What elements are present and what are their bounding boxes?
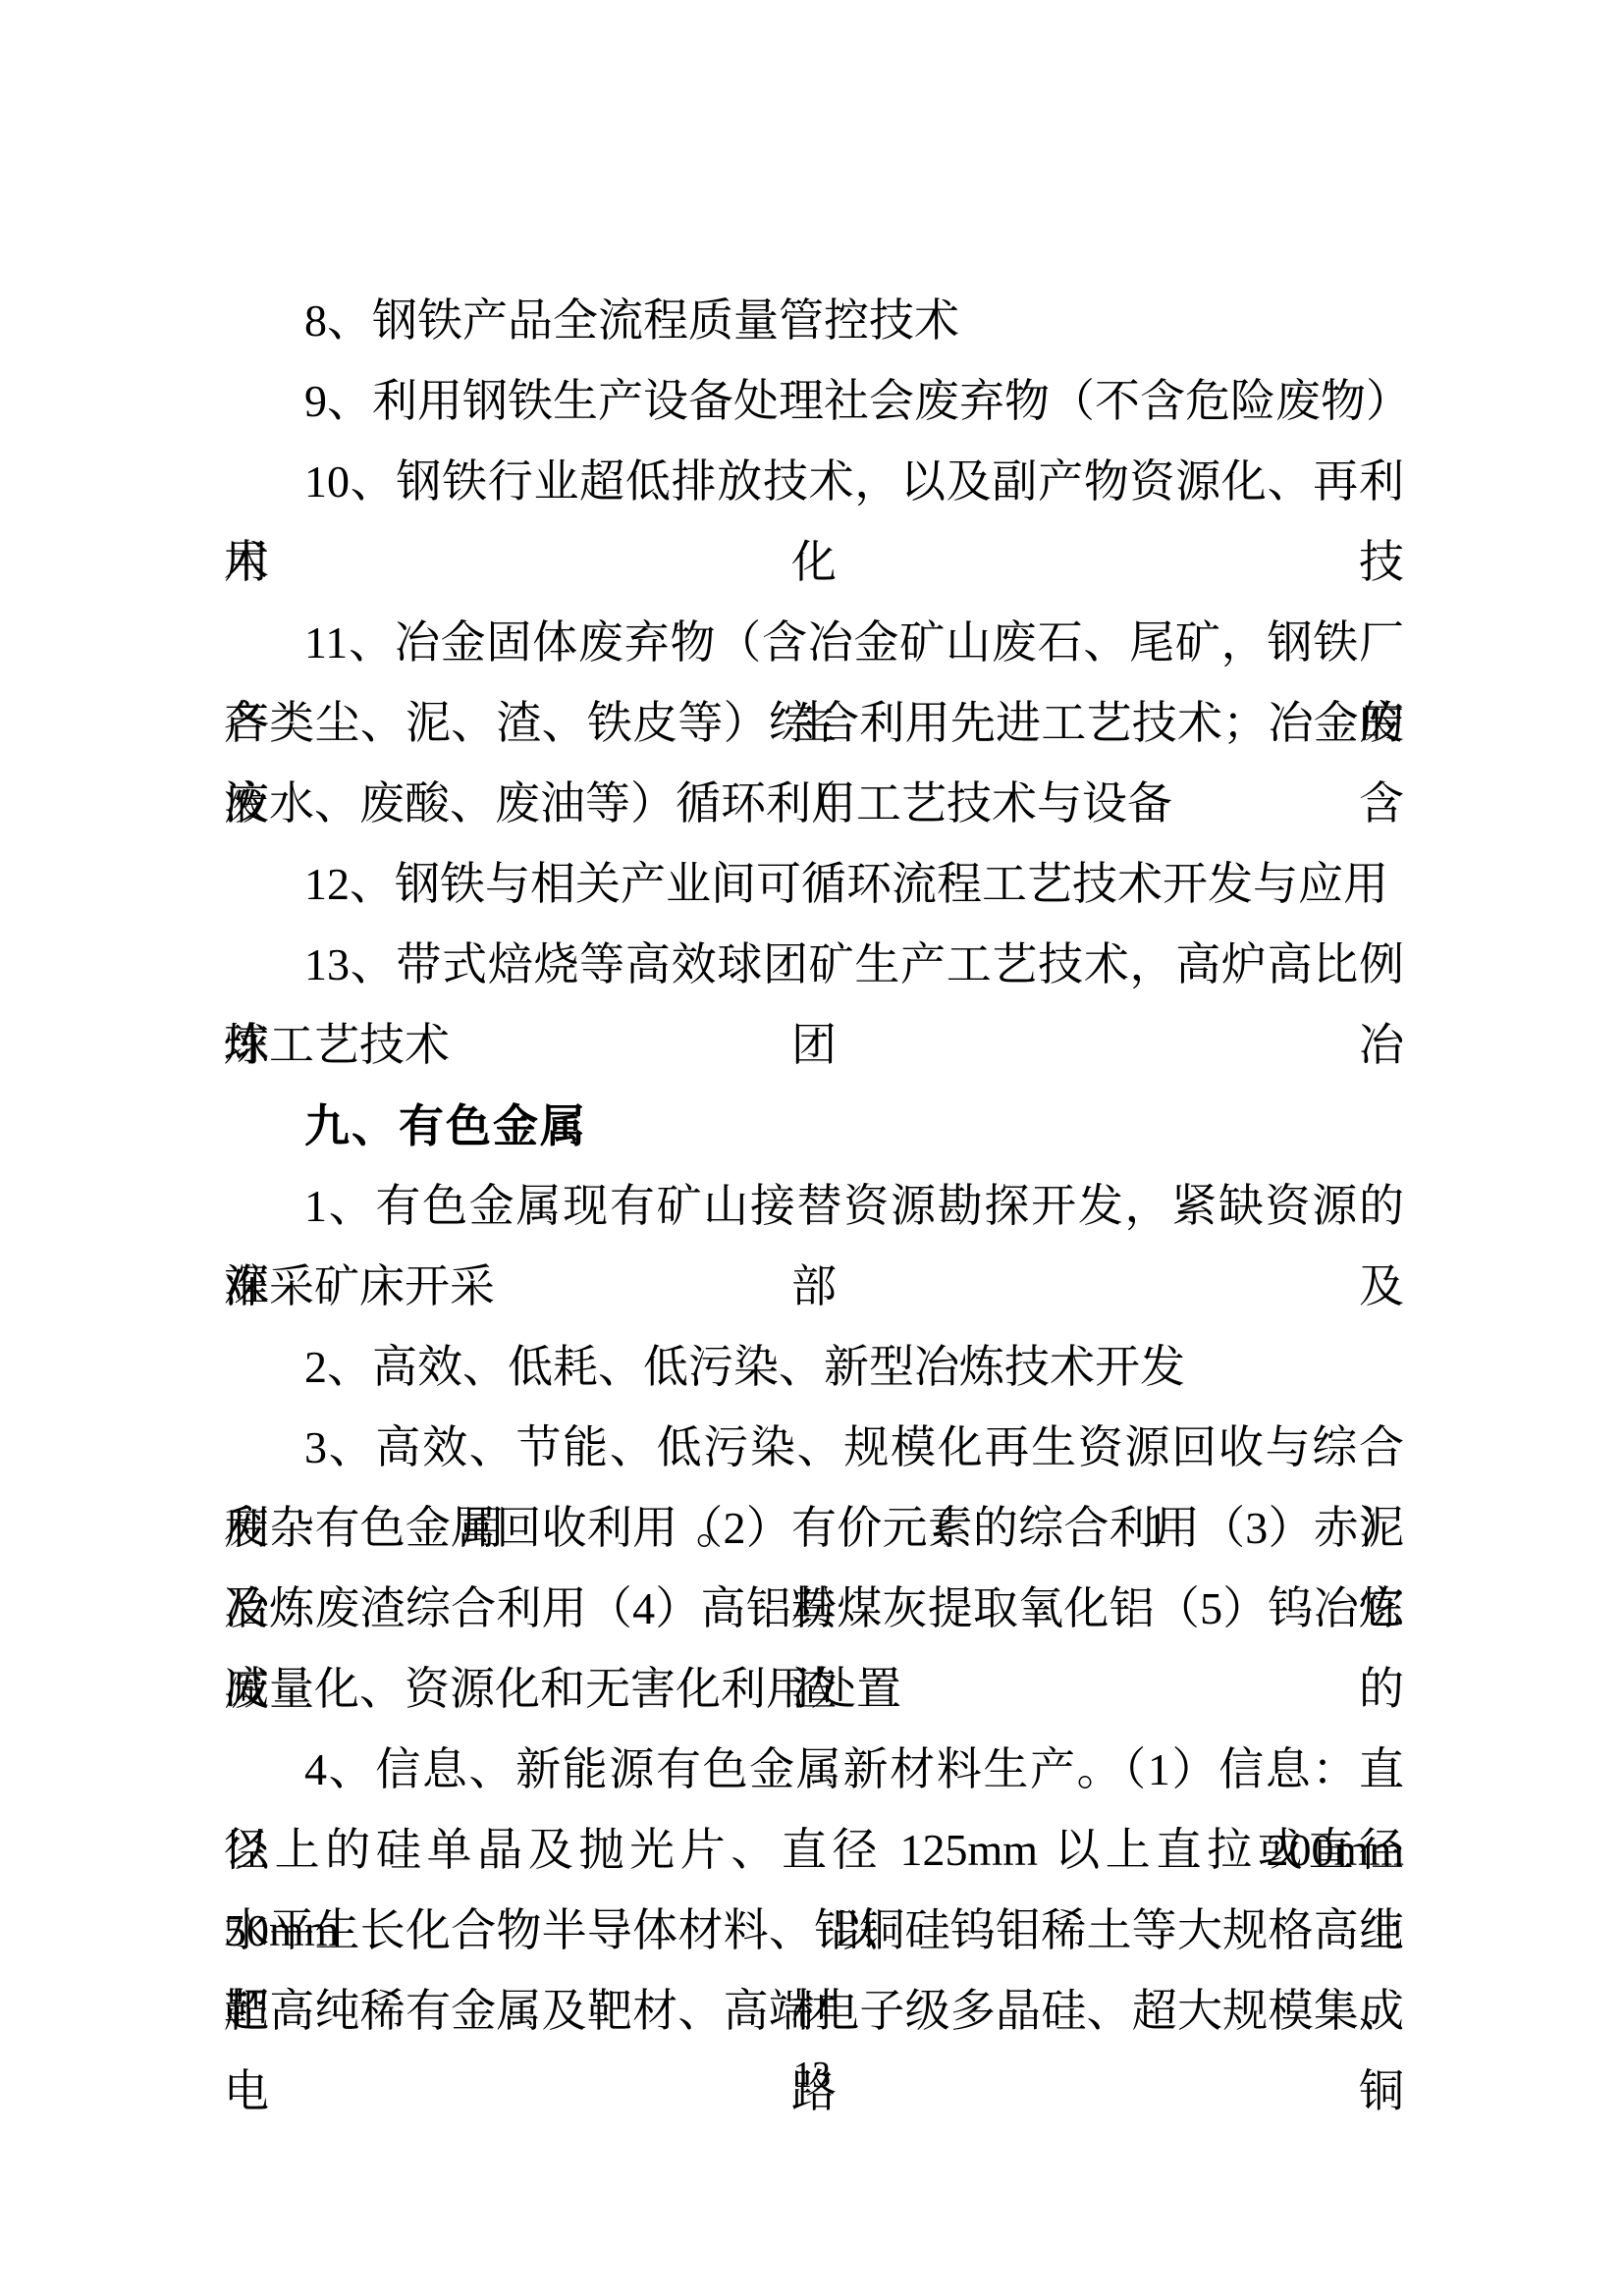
text-line: 8、钢铁产品全流程质量管控技术 — [224, 281, 1404, 361]
text-line: 以上的硅单晶及抛光片、直径 125mm 以上直拉或直径 50mm 以上 — [224, 1810, 1404, 1891]
section-heading: 九、有色金属 — [224, 1086, 1404, 1166]
text-line: 2、高效、低耗、低污染、新型冶炼技术开发 — [224, 1327, 1404, 1408]
text-line: 废杂有色金属回收利用（2）有价元素的综合利用（3）赤泥及其它 — [224, 1488, 1404, 1569]
page-number: 13 — [0, 2055, 1624, 2096]
document-body: 8、钢铁产品全流程质量管控技术 9、利用钢铁生产设备处理社会废弃物（不含危险废物… — [224, 281, 1404, 2052]
text-line: 9、利用钢铁生产设备处理社会废弃物（不含危险废物） — [224, 361, 1404, 442]
text-line: 4、信息、新能源有色金属新材料生产。（1）信息：直径 200mm — [224, 1730, 1404, 1810]
document-page: 8、钢铁产品全流程质量管控技术 9、利用钢铁生产设备处理社会废弃物（不含危险废物… — [0, 0, 1624, 2296]
text-line: 冶炼废渣综合利用（4）高铝粉煤灰提取氧化铝（5）钨冶炼废渣的 — [224, 1569, 1404, 1649]
text-line: 10、钢铁行业超低排放技术，以及副产物资源化、再利用化技 — [224, 442, 1404, 522]
text-line: 13、带式焙烧等高效球团矿生产工艺技术，高炉高比例球团冶 — [224, 925, 1404, 1005]
text-line: 11、冶金固体废弃物（含冶金矿山废石、尾矿，钢铁厂产生的 — [224, 603, 1404, 683]
text-line: 1、有色金属现有矿山接替资源勘探开发，紧缺资源的深部及 — [224, 1166, 1404, 1247]
text-line: 各类尘、泥、渣、铁皮等）综合利用先进工艺技术；冶金废液（含 — [224, 683, 1404, 764]
text-line: 3、高效、节能、低污染、规模化再生资源回收与综合利用。（1） — [224, 1408, 1404, 1488]
text-line: 12、钢铁与相关产业间可循环流程工艺技术开发与应用 — [224, 844, 1404, 925]
text-line: 超高纯稀有金属及靶材、高端电子级多晶硅、超大规模集成电路铜 — [224, 1971, 1404, 2052]
text-line: 水平生长化合物半导体材料、铝铜硅钨钼稀土等大规格高纯靶材、 — [224, 1891, 1404, 1971]
